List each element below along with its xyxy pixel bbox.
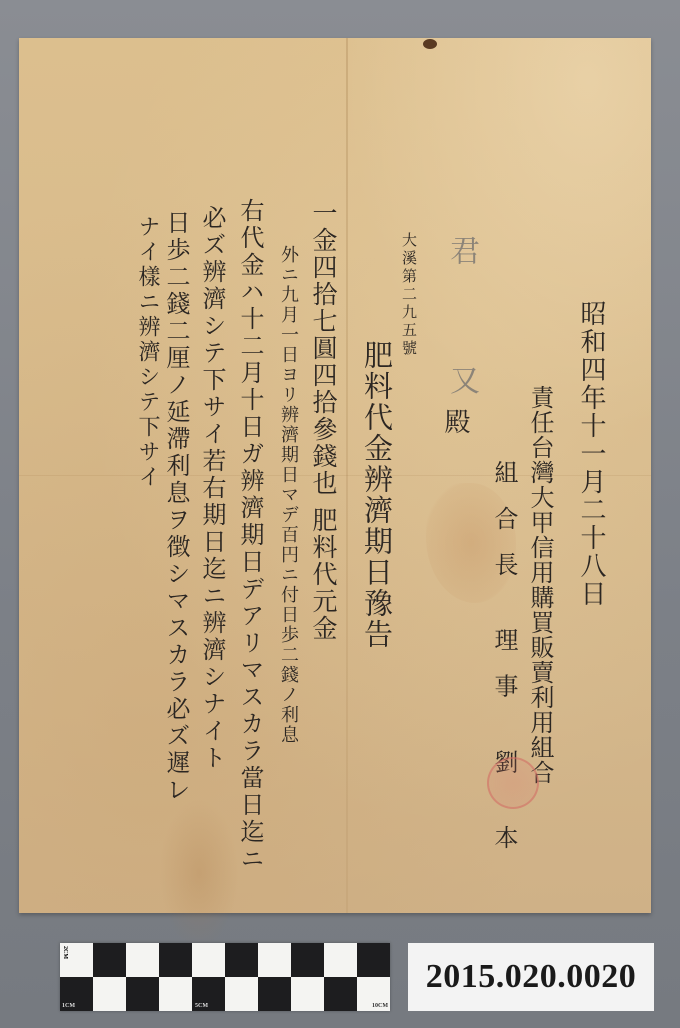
red-seal	[487, 757, 539, 809]
body-line-1: 右代金ハ十二月十日ガ辨濟期日デアリマスカラ當日迄ニ	[238, 198, 262, 873]
scale-bar: 2CM 1CM 5CM 10CM	[60, 943, 390, 1011]
scale-label-1cm: 1CM	[62, 1003, 75, 1009]
issuer-title-column: 組合長 理事 劉 本	[492, 460, 516, 871]
accession-number: 2015.020.0020	[426, 958, 637, 996]
interest-line: 外ニ九月一日ヨリ辨濟期日マデ百円ニ付日歩二錢ノ利息	[279, 245, 297, 745]
subject-line: 肥料代金辨濟期日豫告	[362, 340, 391, 650]
honorific: 殿	[442, 408, 468, 434]
date-column: 昭和四年十一月二十八日	[578, 300, 604, 608]
accession-number-label: 2015.020.0020	[408, 943, 654, 1011]
amount-line: 一金四拾七圓四拾參錢也 肥料代元金	[311, 200, 336, 642]
body-line-4: ナイ樣ニ辨濟シテ下サイ	[136, 215, 158, 490]
issuer-column: 責任台灣大甲信用購買販賣利用組合	[528, 385, 552, 785]
scale-label-10cm: 10CM	[372, 1003, 388, 1009]
scale-label-5cm: 5CM	[195, 1003, 208, 1009]
scale-label-2cm: 2CM	[62, 946, 68, 959]
body-line-3: 日歩二錢二厘ノ延滯利息ヲ徴シマスカラ必ズ遲レ	[164, 210, 188, 804]
reference-number: 大溪第二九五號	[401, 232, 416, 358]
paper-hole	[423, 39, 437, 49]
water-stain	[159, 798, 239, 948]
body-line-2: 必ズ辨濟シテ下サイ若右期日迄ニ辨濟シナイト	[200, 205, 224, 772]
